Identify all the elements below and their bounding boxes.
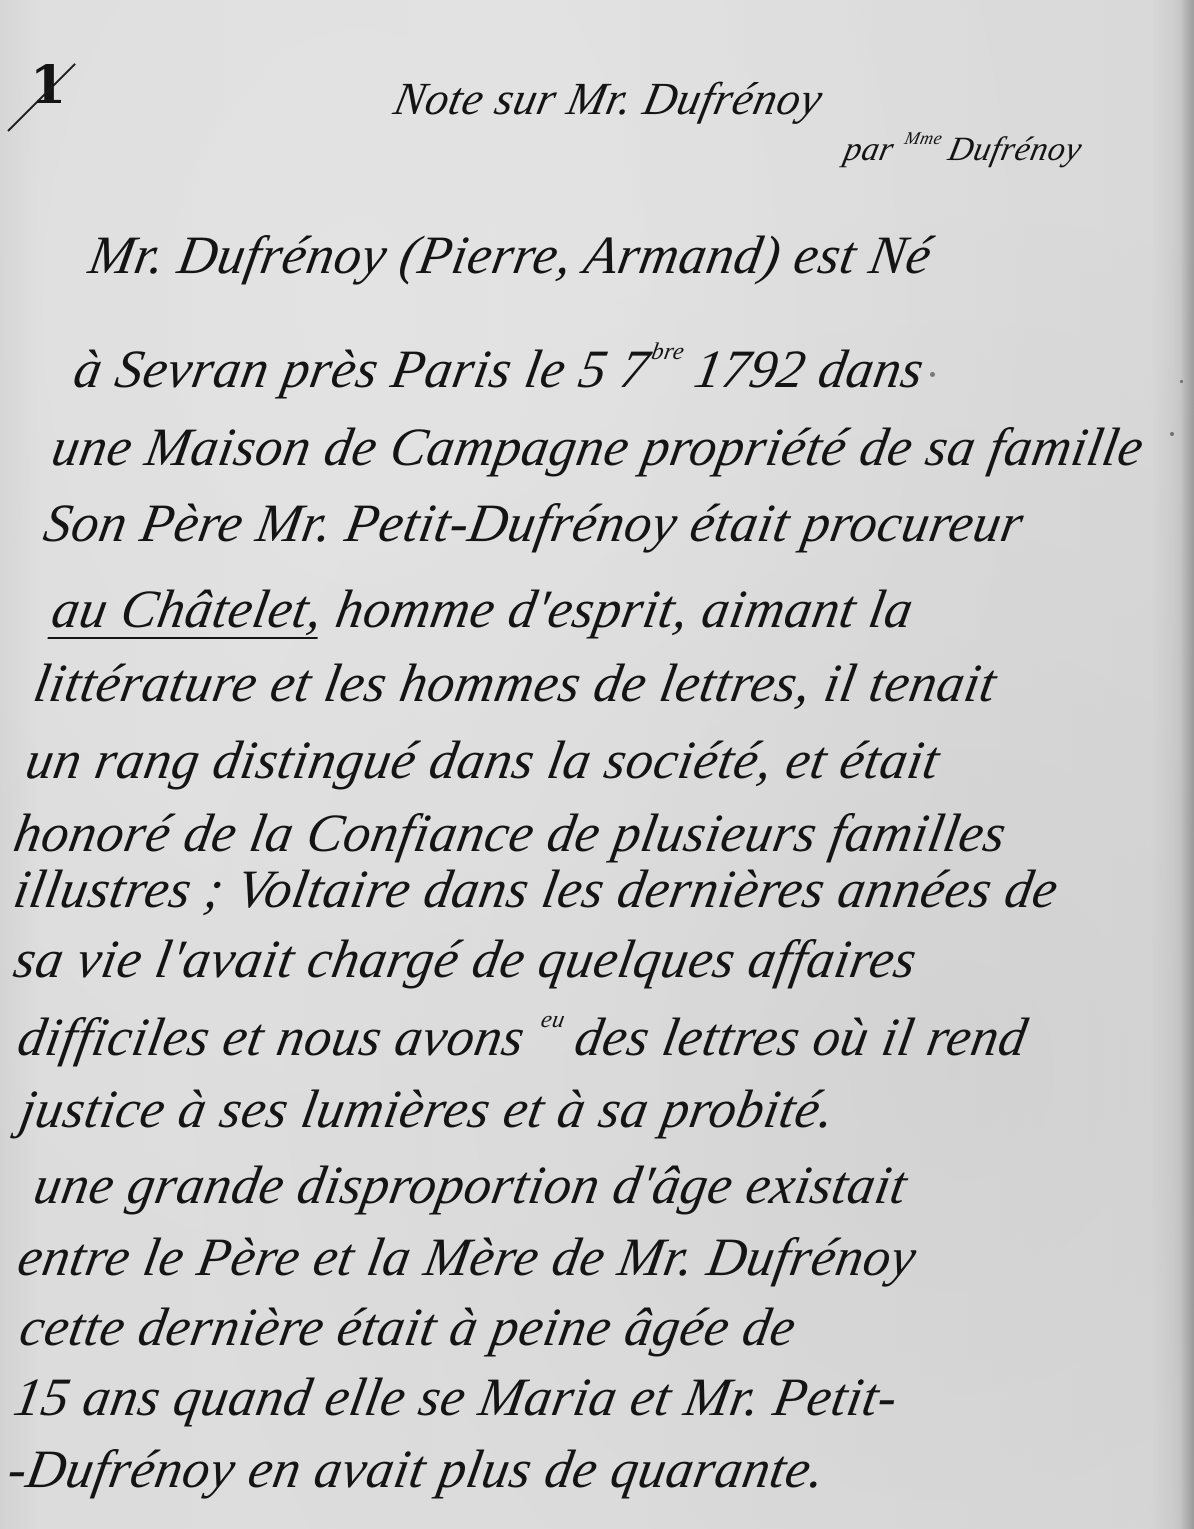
manuscript-line: une Maison de Campagne propriété de sa f… [48,420,1148,474]
manuscript-line: illustres ; Voltaire dans les dernières … [10,862,1062,916]
manuscript-line: une grande disproportion d'âge existait [30,1158,912,1212]
page-number: 1 [30,55,67,116]
manuscript-line: justice à ses lumières et à sa probité. [16,1082,839,1136]
manuscript-line: Mr. Dufrénoy (Pierre, Armand) est Né [85,228,936,282]
manuscript-line: Son Père Mr. Petit-Dufrénoy était procur… [40,496,1028,550]
ink-speck [930,372,935,377]
manuscript-line: honoré de la Confiance de plusieurs fami… [10,806,1010,860]
manuscript-line: au Châtelet, homme d'esprit, aimant la [48,582,918,636]
manuscript-line: difficiles et nous avons eu des lettres … [14,1008,1032,1064]
byline-honorific: Mme [903,128,945,148]
document-title: Note sur Mr. Dufrénoy [389,72,827,125]
manuscript-line: 15 ans quand elle se Maria et Mr. Petit- [10,1370,902,1424]
document-byline: par Mme Dufrénoy [841,128,1086,169]
line-text: 1792 dans [676,339,929,399]
manuscript-line: un rang distingué dans la société, et ét… [22,733,944,787]
manuscript-line: sa vie l'avait chargé de quelques affair… [10,932,921,986]
line-text: à Sevran près Paris le 5 7 [69,339,654,399]
page-edge-shadow [1180,0,1194,1529]
byline-name: Dufrénoy [945,131,1085,168]
manuscript-line: cette dernière était à peine âgée de [16,1300,800,1354]
manuscript-line: à Sevran près Paris le 5 7bre 1792 dans [70,340,928,396]
byline-prefix: par [841,131,898,168]
superscript-text: bre [649,339,686,365]
manuscript-page: 1 Note sur Mr. Dufrénoy par Mme Dufrénoy… [0,0,1194,1529]
ink-speck [1170,432,1174,436]
manuscript-line: littérature et les hommes de lettres, il… [30,656,1001,710]
line-text: homme d'esprit, aimant la [317,579,918,639]
underlined-text: au Châtelet, [47,579,328,639]
line-text: difficiles et nous avons [13,1007,543,1067]
manuscript-line: -Dufrénoy en avait plus de quarante. [4,1442,829,1496]
ink-speck [1180,380,1183,383]
line-text: des lettres où il rend [557,1007,1033,1067]
manuscript-line: entre le Père et la Mère de Mr. Dufrénoy [14,1230,921,1284]
